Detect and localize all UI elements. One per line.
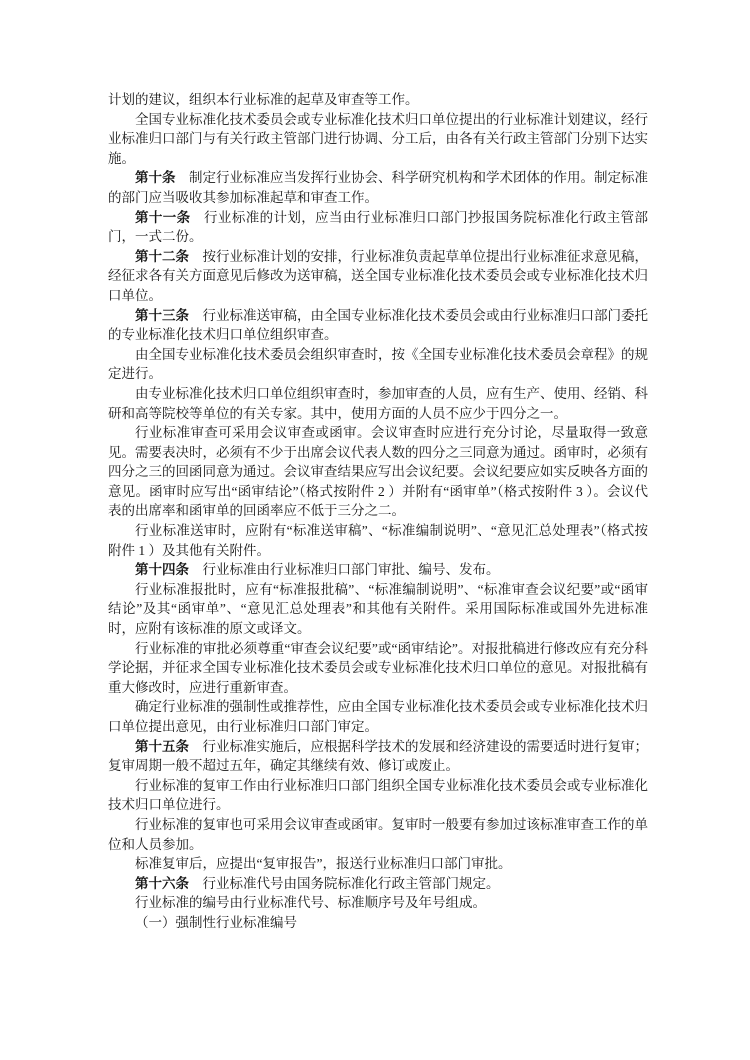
paragraph-list-item-1: （一）强制性行业标准编号 [108,913,648,933]
paragraph-text: 行业标准审查可采用会议审查或函审。会议审查时应进行充分讨论，尽量取得一致意见。需… [108,425,648,518]
paragraph-text: 行业标准报批时，应有“标准报批稿”、“标准编制说明”、“标准审查会议纪要”或“函… [108,582,648,636]
paragraph-text: 按行业标准计划的安排，行业标准负责起草单位提出行业标准征求意见稿，经征求各有关方… [108,249,648,303]
paragraph: 确定行业标准的强制性或推荐性，应由全国专业标准化技术委员会或专业标准化技术归口单… [108,697,648,736]
paragraph: 行业标准审查可采用会议审查或函审。会议审查时应进行充分讨论，尽量取得一致意见。需… [108,423,648,521]
paragraph: 行业标准的审批必须尊重“审查会议纪要”或“函审结论”。对报批稿进行修改应有充分科… [108,639,648,698]
paragraph-text: 行业标准的审批必须尊重“审查会议纪要”或“函审结论”。对报批稿进行修改应有充分科… [108,641,648,695]
paragraph: 行业标准的编号由行业标准代号、标准顺序号及年号组成。 [108,893,648,913]
paragraph-text: 行业标准的复审也可采用会议审查或函审。复审时一般要有参加过该标准审查工作的单位和… [108,817,648,852]
paragraph: 由专业标准化技术归口单位组织审查时，参加审查的人员，应有生产、使用、经销、科研和… [108,384,648,423]
paragraph-text: 计划的建议，组织本行业标准的起草及审查等工作。 [108,92,419,107]
paragraph-text: 行业标准的编号由行业标准代号、标准顺序号及年号组成。 [135,895,486,910]
paragraph: 行业标准报批时，应有“标准报批稿”、“标准编制说明”、“标准审查会议纪要”或“函… [108,580,648,639]
paragraph: 由全国专业标准化技术委员会组织审查时，按《全国专业标准化技术委员会章程》的规定进… [108,345,648,384]
paragraph-text: 行业标准送审时，应附有“标准送审稿”、“标准编制说明”、“意见汇总处理表”（格式… [108,523,648,558]
paragraph: 计划的建议，组织本行业标准的起草及审查等工作。 [108,90,648,110]
paragraph-article-11: 第十一条行业标准的计划，应当由行业标准归口部门抄报国务院标准化行政主管部门，一式… [108,208,648,247]
article-number: 第十六条 [135,876,189,891]
paragraph-text: （一）强制性行业标准编号 [135,915,297,930]
paragraph: 行业标准送审时，应附有“标准送审稿”、“标准编制说明”、“意见汇总处理表”（格式… [108,521,648,560]
article-number: 第十三条 [135,308,189,323]
paragraph: 行业标准的复审也可采用会议审查或函审。复审时一般要有参加过该标准审查工作的单位和… [108,815,648,854]
paragraph-text: 全国专业标准化技术委员会或专业标准化技术归口单位提出的行业标准计划建议，经行业标… [108,112,648,166]
article-number: 第十五条 [135,739,189,754]
paragraph-text: 制定行业标准应当发挥行业协会、科学研究机构和学术团体的作用。制定标准的部门应当吸… [108,170,648,205]
paragraph-article-14: 第十四条行业标准由行业标准归口部门审批、编号、发布。 [108,560,648,580]
paragraph-text: 行业标准实施后，应根据科学技术的发展和经济建设的需要适时进行复审；复审周期一般不… [108,739,648,774]
paragraph-text: 行业标准代号由国务院标准化行政主管部门规定。 [203,876,500,891]
paragraph-article-10: 第十条制定行业标准应当发挥行业协会、科学研究机构和学术团体的作用。制定标准的部门… [108,168,648,207]
document-page: 计划的建议，组织本行业标准的起草及审查等工作。 全国专业标准化技术委员会或专业标… [108,90,648,933]
paragraph-text: 行业标准送审稿，由全国专业标准化技术委员会或由行业标准归口部门委托的专业标准化技… [108,308,648,343]
paragraph-article-13: 第十三条行业标准送审稿，由全国专业标准化技术委员会或由行业标准归口部门委托的专业… [108,306,648,345]
paragraph: 标准复审后，应提出“复审报告”，报送行业标准归口部门审批。 [108,854,648,874]
paragraph-text: 行业标准由行业标准归口部门审批、编号、发布。 [203,562,500,577]
paragraph: 行业标准的复审工作由行业标准归口部门组织全国专业标准化技术委员会或专业标准化技术… [108,776,648,815]
article-number: 第十条 [135,170,176,185]
article-number: 第十一条 [135,210,191,225]
article-number: 第十二条 [135,249,189,264]
article-number: 第十四条 [135,562,189,577]
paragraph-text: 行业标准的复审工作由行业标准归口部门组织全国专业标准化技术委员会或专业标准化技术… [108,778,648,813]
paragraph-article-16: 第十六条行业标准代号由国务院标准化行政主管部门规定。 [108,874,648,894]
paragraph-article-12: 第十二条按行业标准计划的安排，行业标准负责起草单位提出行业标准征求意见稿，经征求… [108,247,648,306]
paragraph-text: 由全国专业标准化技术委员会组织审查时，按《全国专业标准化技术委员会章程》的规定进… [108,347,648,382]
paragraph-text: 由专业标准化技术归口单位组织审查时，参加审查的人员，应有生产、使用、经销、科研和… [108,386,648,421]
paragraph: 全国专业标准化技术委员会或专业标准化技术归口单位提出的行业标准计划建议，经行业标… [108,110,648,169]
paragraph-article-15: 第十五条行业标准实施后，应根据科学技术的发展和经济建设的需要适时进行复审；复审周… [108,737,648,776]
paragraph-text: 标准复审后，应提出“复审报告”，报送行业标准归口部门审批。 [135,856,511,871]
paragraph-text: 确定行业标准的强制性或推荐性，应由全国专业标准化技术委员会或专业标准化技术归口单… [108,699,648,734]
